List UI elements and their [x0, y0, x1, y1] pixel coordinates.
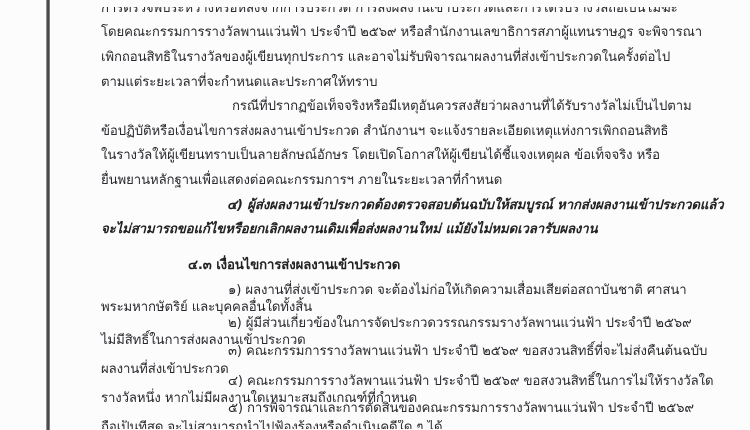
document-page: การตรวจพบระหว่างหรือหลังจากการประกวด การ… — [0, 0, 750, 430]
paragraph-1-line-3: เพิกถอนสิทธิในรางวัลของผู้เขียนทุกประการ… — [101, 50, 670, 66]
condition-3-line-2: ผลงานที่ส่งเข้าประกวด — [101, 362, 229, 378]
paragraph-2-line-1: กรณีที่ปรากฏข้อเท็จจริงหรือมีเหตุอันควรส… — [232, 99, 692, 115]
paragraph-1-line-1: การตรวจพบระหว่างหรือหลังจากการประกวด การ… — [101, 1, 678, 17]
paragraph-2-line-4: ยื่นพยานหลักฐานเพื่อแสดงต่อคณะกรรมการฯ ภ… — [101, 173, 502, 189]
paragraph-2-line-2: ข้อปฏิบัติหรือเงื่อนไขการส่งผลงานเข้าประ… — [101, 124, 668, 140]
condition-1-line-1: ๑) ผลงานที่ส่งเข้าประกวด จะต้องไม่ก่อให้… — [228, 283, 687, 299]
condition-2-line-1: ๒) ผู้มีส่วนเกี่ยวข้องในการจัดประกวดวรรณ… — [228, 316, 692, 332]
paragraph-1-line-4: ตามแต่ระยะเวลาที่จะกำหนดและประกาศให้ทราบ — [101, 75, 377, 91]
condition-1-line-2: พระมหากษัตริย์ และบุคคลอื่นใดทั้งสิ้น — [101, 300, 312, 316]
item-4-line-1: ๔) ผู้ส่งผลงานเข้าประกวดต้องตรวจสอบต้นฉบ… — [227, 198, 724, 214]
paragraph-1-line-2: โดยคณะกรรมการรางวัลพานแว่นฟ้า ประจำปี ๒๕… — [101, 25, 702, 41]
condition-5-line-2: ถือเป็นที่สุด จะไม่สามารถนำไปฟ้องร้องหรื… — [101, 420, 442, 430]
condition-4-line-1: ๔) คณะกรรมการรางวัลพานแว่นฟ้า ประจำปี ๒๕… — [228, 374, 713, 390]
section-4-3-heading: ๔.๓ เงื่อนไขการส่งผลงานเข้าประกวด — [188, 258, 400, 274]
paragraph-2-line-3: ในรางวัลให้ผู้เขียนทราบเป็นลายลักษณ์อักษ… — [101, 148, 660, 164]
condition-5-line-1: ๕) การพิจารณาและการตัดสินของคณะกรรมการรา… — [228, 401, 694, 417]
condition-3-line-1: ๓) คณะกรรมการรางวัลพานแว่นฟ้า ประจำปี ๒๕… — [228, 344, 707, 360]
item-4-line-2: จะไม่สามารถขอแก้ไขหรือยกเลิกผลงานเดิมเพื… — [101, 222, 597, 238]
